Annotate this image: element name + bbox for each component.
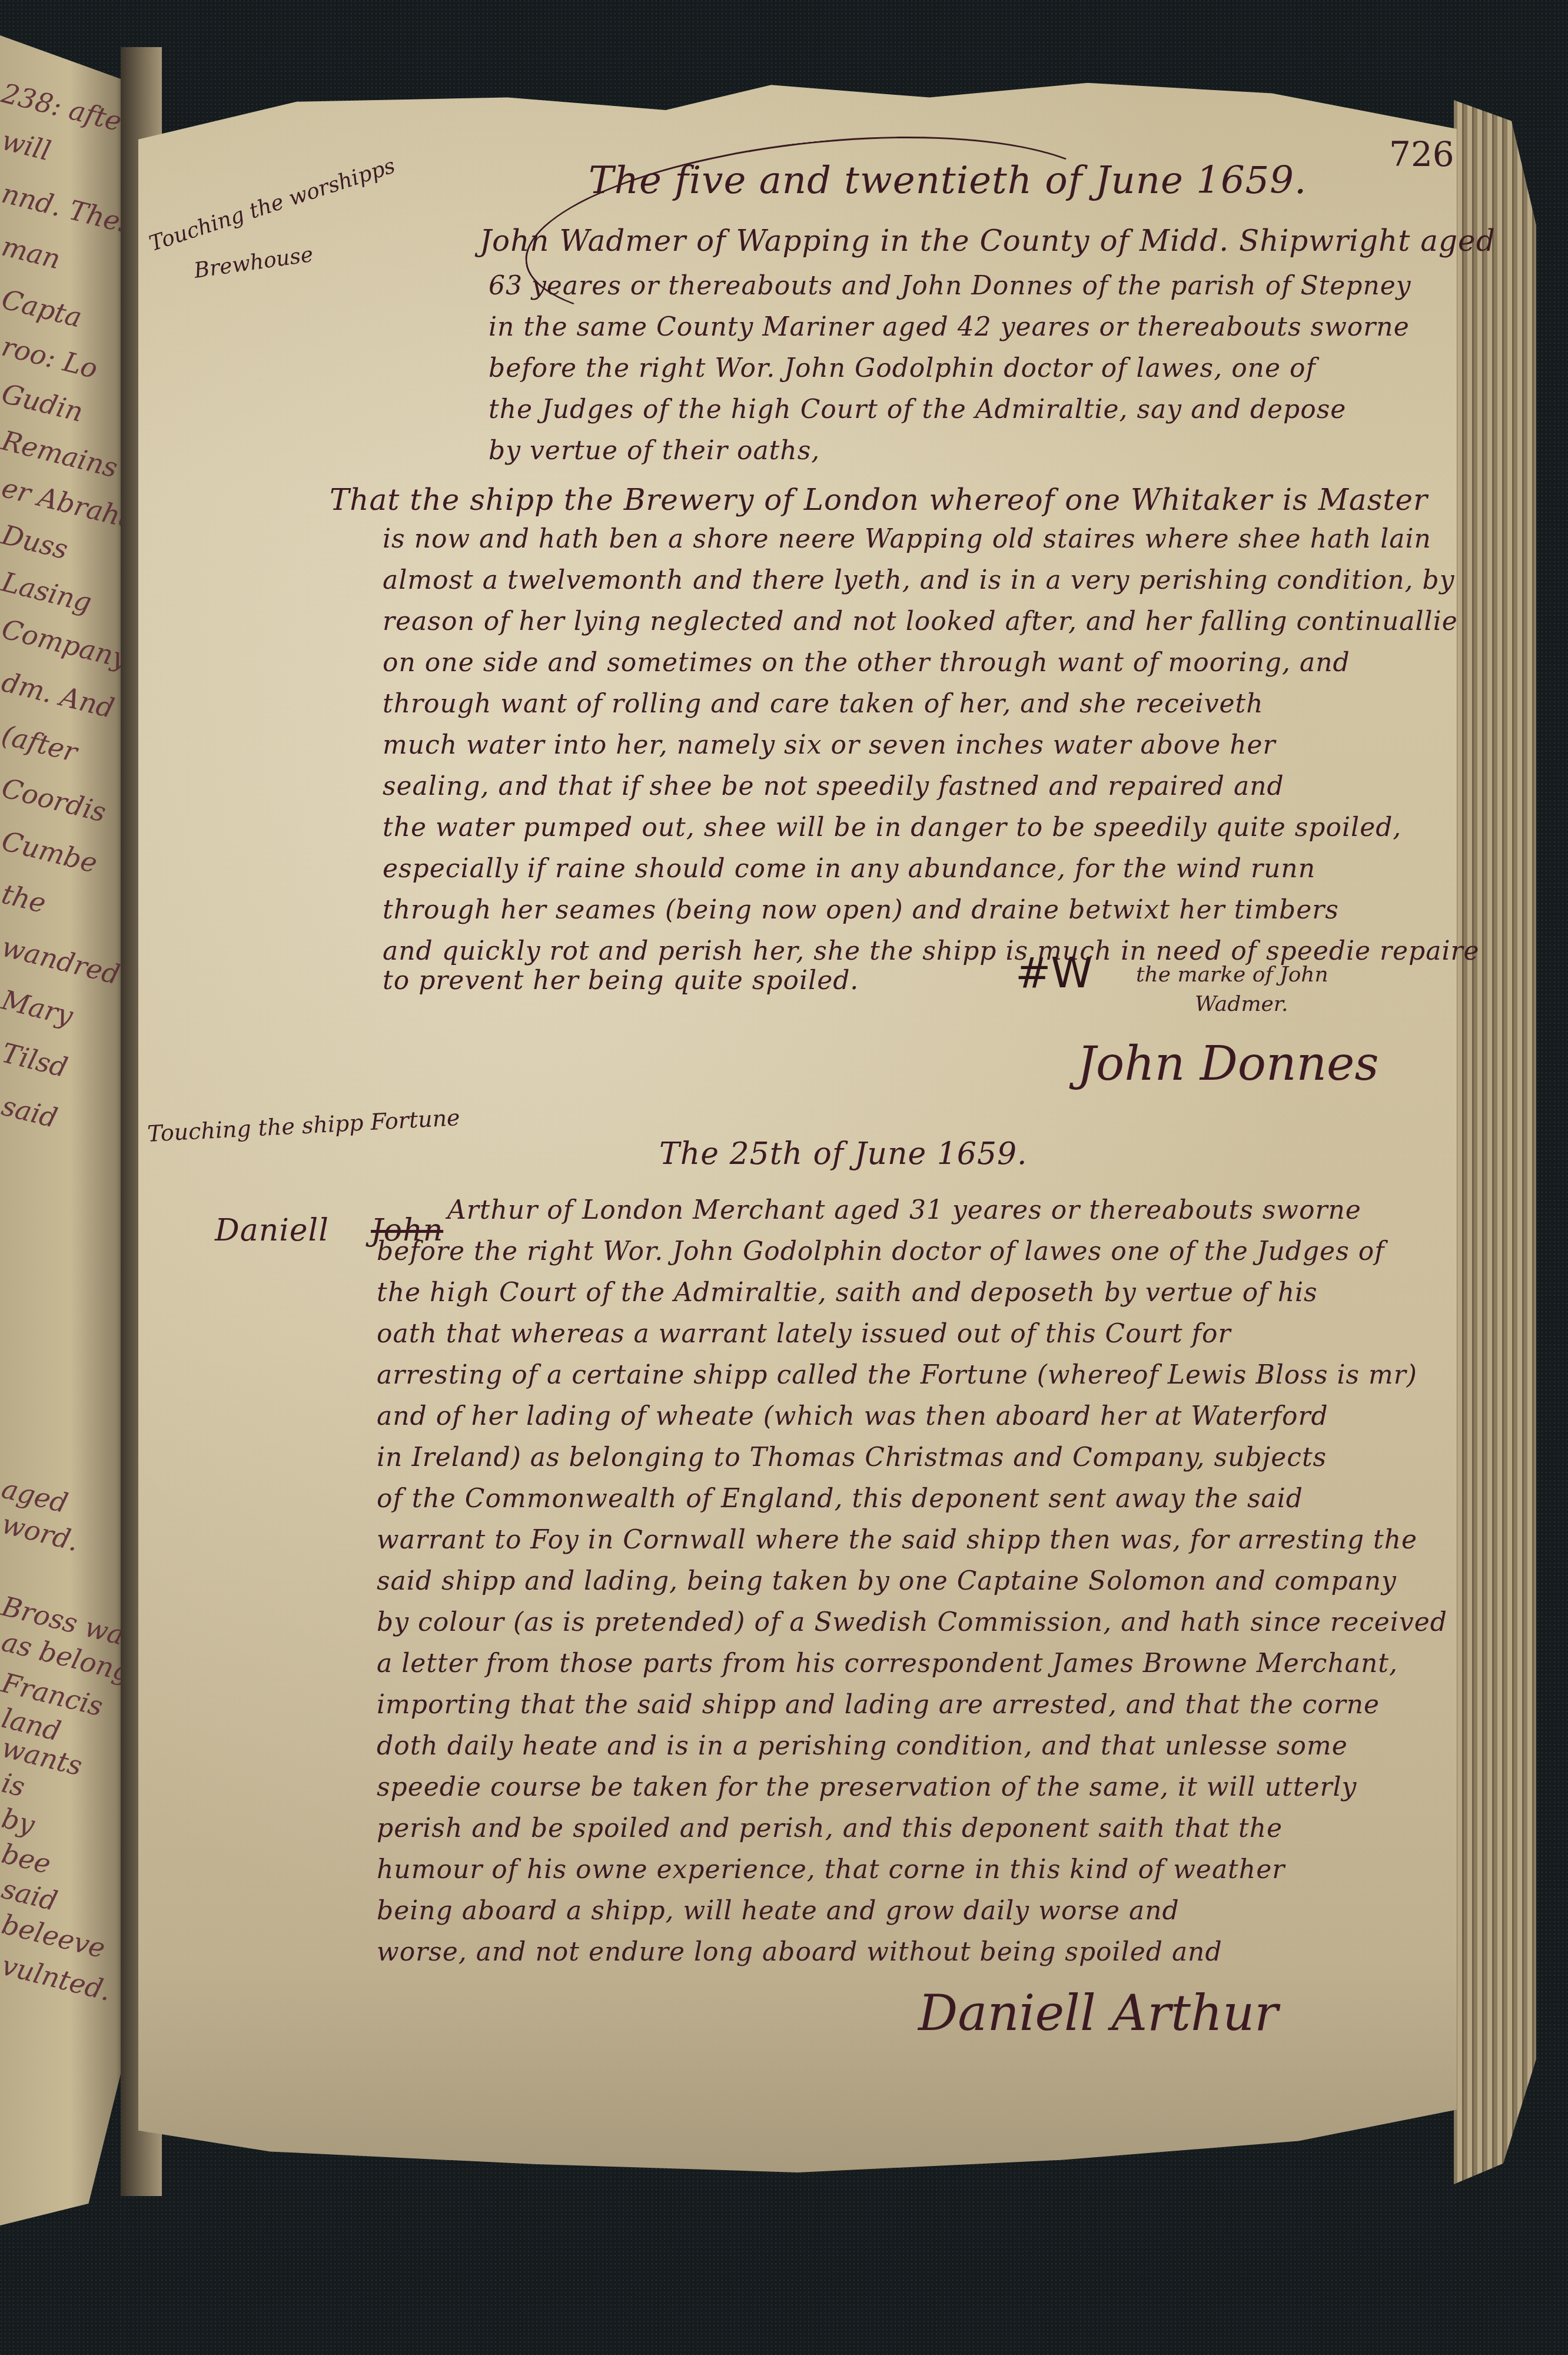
entry1-intro-line: by vertue of their oaths, xyxy=(489,436,820,466)
entry2-intro-line: doth daily heate and is in a perishing c… xyxy=(377,1731,1348,1761)
verso-fragment: Gudin xyxy=(0,377,87,428)
verso-fragment: the xyxy=(0,878,49,920)
entry2-intro-line: humour of his owne experience, that corn… xyxy=(377,1855,1285,1885)
page-fore-edge xyxy=(1454,100,1536,2184)
mark-caption: the marke of John xyxy=(1136,963,1328,987)
entry2-date-heading: The 25th of June 1659. xyxy=(659,1136,1028,1172)
entry2-intro-line: and of her lading of wheate (which was t… xyxy=(377,1401,1328,1431)
entry2-intro-line: worse, and not endure long aboard withou… xyxy=(377,1937,1222,1967)
entry2-intro-line: before the right Wor. John Godolphin doc… xyxy=(377,1236,1385,1266)
entry1-body-line: That the shipp the Brewery of London whe… xyxy=(330,483,1428,517)
entry1-intro-line: the Judges of the high Court of the Admi… xyxy=(489,394,1346,424)
entry2-intro-line: warrant to Foy in Cornwall where the sai… xyxy=(377,1525,1417,1555)
entry1-body-line: through her seames (being now open) and … xyxy=(383,895,1339,925)
verso-fragment: roo: Lo xyxy=(0,330,101,384)
entry1-body-line: to prevent her being quite spoiled. xyxy=(383,966,859,996)
entry2-intro-line: perish and be spoiled and perish, and th… xyxy=(377,1813,1283,1843)
entry2-intro-line: arresting of a certaine shipp called the… xyxy=(377,1360,1417,1390)
verso-fragment: by xyxy=(0,1802,38,1841)
entry1-date-heading: The five and twentieth of June 1659. xyxy=(589,159,1307,203)
verso-fragment: (after xyxy=(0,719,81,768)
entry1-body-line: sealing, and that if shee be not speedil… xyxy=(383,771,1284,801)
verso-fragment: wandred xyxy=(0,931,123,991)
entry2-intro-line: oath that whereas a warrant lately issue… xyxy=(377,1319,1231,1349)
verso-fragment: Mary xyxy=(0,984,76,1032)
entry1-body-line: reason of her lying neglected and not lo… xyxy=(383,606,1458,636)
verso-fragment: Capta xyxy=(0,283,85,334)
entry1-body-line: almost a twelvemonth and there lyeth, an… xyxy=(383,565,1455,595)
signature-john-donnes: John Donnes xyxy=(1077,1036,1378,1091)
entry2-intro-line: the high Court of the Admiraltie, saith … xyxy=(377,1278,1318,1308)
entry1-body-line: much water into her, namely six or seven… xyxy=(383,730,1276,760)
entry2-intro-line: importing that the said shipp and lading… xyxy=(377,1690,1380,1720)
verso-fragment: word. xyxy=(0,1508,82,1558)
entry2-intro-line: a letter from those parts from his corre… xyxy=(377,1648,1398,1679)
entry2-intro-line: being aboard a shipp, will heate and gro… xyxy=(377,1896,1180,1926)
verso-fragment: Cumbe xyxy=(0,825,101,879)
entry2-deponent-forename: Daniell xyxy=(215,1213,329,1248)
entry1-body-line: through want of rolling and care taken o… xyxy=(383,689,1264,719)
entry1-body-line: the water pumped out, shee will be in da… xyxy=(383,812,1401,843)
entry1-intro-line: 63 yeares or thereabouts and John Donnes… xyxy=(489,271,1411,301)
entry1-body-line: on one side and sometimes on the other t… xyxy=(383,648,1350,678)
entry1-body-line: especially if raine should come in any a… xyxy=(383,854,1315,884)
entry2-intro-line: of the Commonwealth of England, this dep… xyxy=(377,1484,1303,1514)
verso-fragment: Lasing xyxy=(0,566,95,619)
verso-fragment: will xyxy=(0,124,54,167)
verso-fragment: Duss xyxy=(0,519,71,566)
signature-daniell-arthur: Daniell Arthur xyxy=(918,1984,1278,2042)
verso-fragment: Tilsd xyxy=(0,1037,71,1084)
entry1-intro-line: before the right Wor. John Godolphin doc… xyxy=(489,353,1316,383)
verso-fragment: dm. And xyxy=(0,666,117,724)
entry2-intro-line: in Ireland) as belonging to Thomas Chris… xyxy=(377,1442,1327,1472)
verso-fragment: man xyxy=(0,230,64,276)
entry2-intro-line: Arthur of London Merchant aged 31 yeares… xyxy=(447,1195,1361,1225)
verso-fragment: is xyxy=(0,1767,28,1803)
page-number: 726 xyxy=(1389,134,1454,174)
entry2-intro-line: speedie course be taken for the preserva… xyxy=(377,1772,1357,1802)
mark-caption-line2: Wadmer. xyxy=(1195,992,1288,1016)
entry1-body-line: is now and hath ben a shore neere Wappin… xyxy=(383,524,1431,554)
verso-page-edge: 238: after will nnd. These man Capta roo… xyxy=(0,35,127,2225)
witness-mark-symbol: #W xyxy=(1015,948,1093,997)
entry2-intro-line: by colour (as is pretended) of a Swedish… xyxy=(377,1607,1447,1637)
entry1-body-line: and quickly rot and perish her, she the … xyxy=(383,936,1480,966)
entry1-intro-line: John Wadmer of Wapping in the County of … xyxy=(480,224,1496,258)
verso-fragment: Coordis xyxy=(0,772,109,828)
verso-fragment: said xyxy=(0,1090,61,1134)
entry2-intro-line: said shipp and lading, being taken by on… xyxy=(377,1566,1397,1596)
verso-fragment: Company xyxy=(0,613,131,675)
entry1-intro-line: in the same County Mariner aged 42 yeare… xyxy=(489,312,1410,342)
